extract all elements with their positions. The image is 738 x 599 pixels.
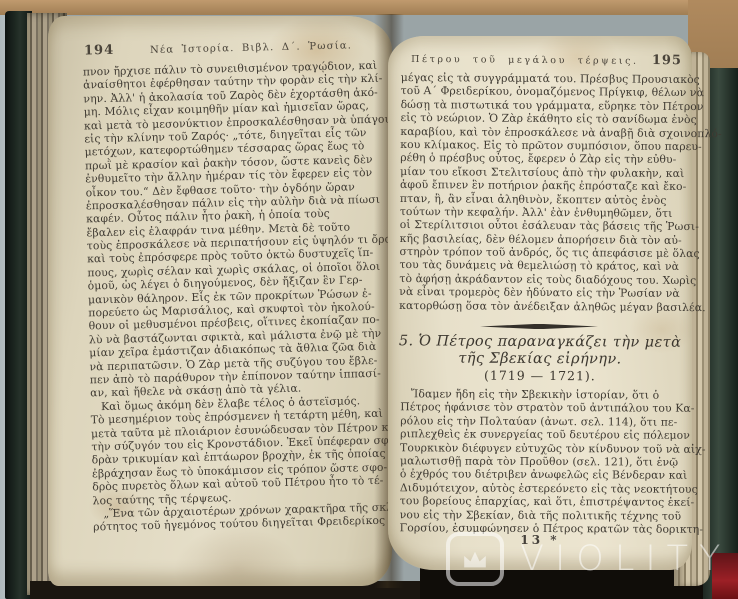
section-heading-line2: τῆς Σβεκίας εἰρήνην. — [394, 350, 686, 369]
section-divider — [480, 324, 598, 329]
text-line: του βορείους ἐπαρχίας, καὶ ὅτι, ἐπιστρέψ… — [400, 494, 688, 509]
right-page-paragraph: μέγας εἰς τὰ συγγράμματά του. Πρέσβυς Πρ… — [399, 71, 689, 314]
left-page-text: πνον ἤρχισε πάλιν τὸ συνειθισμένον τραγῴ… — [83, 59, 394, 534]
left-page-header: 194 Νέα Ἱστορία. Βιβλ. Δ΄. Ῥωσία. — [84, 37, 388, 59]
right-page-header: Πέτρου τοῦ μεγάλου τέρψεις. 195 — [398, 51, 682, 68]
open-book-photo: 194 Νέα Ἱστορία. Βιβλ. Δ΄. Ῥωσία. πνον ἤ… — [0, 0, 738, 599]
text-line: κατορθώσῃ ὅσα τὸν ἀνέδειξαν ἀληθῶς μέγαν… — [399, 299, 687, 314]
text-line: ἀφοῦ ἔπινεν ἓν ποτήριον ῥακῆς ἐπρόσταζε … — [400, 178, 688, 193]
section-heading: 5. Ὁ Πέτρος παραναγκάζει τὴν μετὰ τῆς Σβ… — [394, 333, 686, 385]
section-heading-dates: (1719 — 1721). — [394, 367, 686, 385]
text-line: Πέτρος ἠφάνισε τὸν στρατὸν τοῦ ἀντιπάλου… — [400, 401, 688, 416]
watermark-label: VIOLITY — [520, 542, 731, 577]
right-page: Πέτρου τοῦ μεγάλου τέρψεις. 195 μέγας εἰ… — [388, 36, 692, 570]
left-page: 194 Νέα Ἱστορία. Βιβλ. Δ΄. Ῥωσία. πνον ἤ… — [48, 16, 392, 586]
text-line: ριπλεχθεὶς ἐκ συνεργείας τοῦ δευτέρου εἰ… — [400, 427, 688, 442]
text-line: νου εἰς τὴν Σβεκίαν, διὰ τῆς πολιτικῆς τ… — [400, 508, 688, 523]
crown-icon — [446, 532, 504, 586]
left-running-title: Νέα Ἱστορία. Βιβλ. Δ΄. Ῥωσία. — [114, 40, 388, 57]
right-page-number: 195 — [652, 53, 682, 68]
text-line: ὁ ἐχθρός του διέτριβεν ἀνωφελῶς εἰς Βένδ… — [400, 468, 688, 483]
section-body-text: Ἴδαμεν ἤδη εἰς τὴν Σβεκικὴν ἱστορίαν, ὅτ… — [400, 387, 689, 536]
section-heading-line1: 5. Ὁ Πέτρος παραναγκάζει τὴν μετὰ — [394, 333, 686, 352]
left-page-number: 194 — [84, 43, 114, 59]
violity-watermark: VIOLITY — [446, 526, 731, 592]
text-line: εἰς τὸ νεώριον. Ὁ Ζὰρ ἐκάθητο εἰς τὸ σαν… — [400, 111, 688, 126]
right-running-title: Πέτρου τοῦ μεγάλου τέρψεις. — [398, 54, 652, 67]
table-surface-top — [0, 0, 738, 15]
